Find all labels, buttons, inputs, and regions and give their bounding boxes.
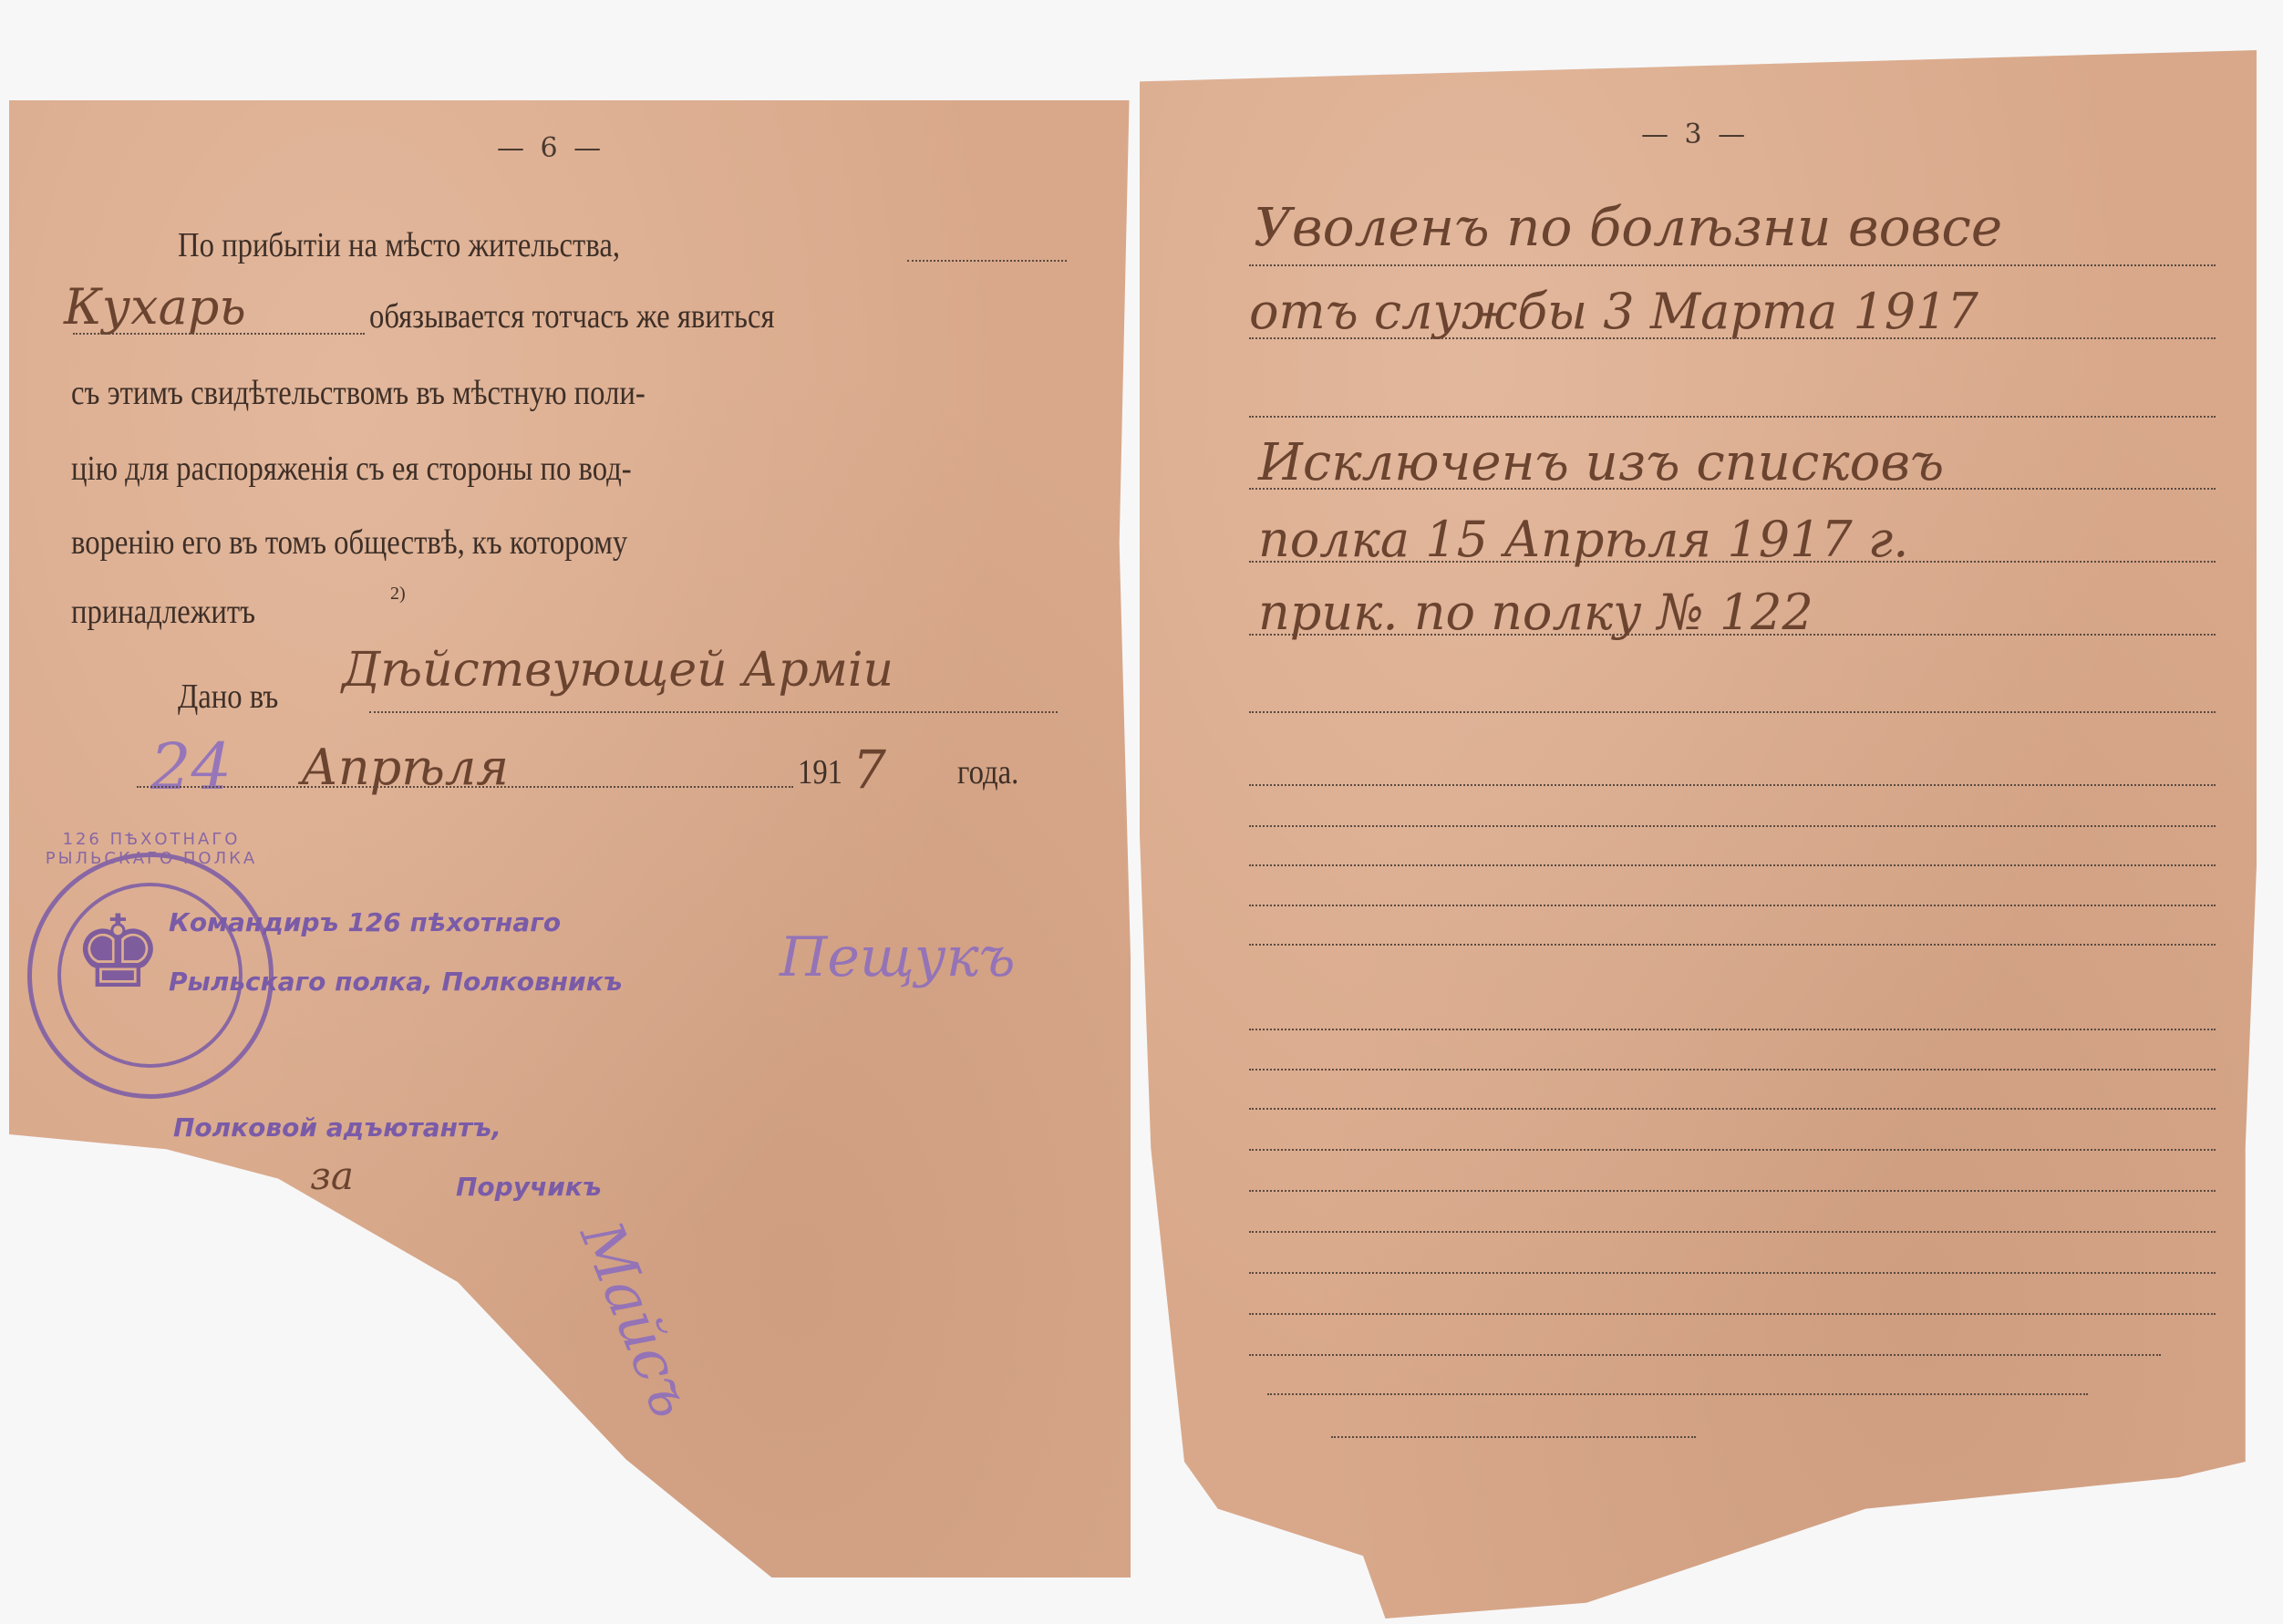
year-label: года. bbox=[957, 755, 1018, 790]
right-page-number: — 3 — bbox=[1641, 119, 1749, 150]
handwritten-line-4: полка 15 Апрѣля 1917 г. bbox=[1258, 511, 1908, 568]
double-headed-eagle-icon: ♚ bbox=[73, 894, 163, 1010]
year-prefix: 191 bbox=[798, 755, 842, 790]
given-at-line bbox=[369, 711, 1058, 713]
handwritten-line-1: Уволенъ по болѣзни вовсе bbox=[1254, 196, 2002, 258]
ruled-line bbox=[1249, 784, 2216, 786]
ruled-line bbox=[1249, 1272, 2216, 1274]
ruled-line bbox=[1249, 264, 2216, 266]
seal-ring-text: 126 ПѢХОТНАГО РЫЛЬСКАГО ПОЛКА bbox=[19, 830, 284, 868]
stamp-line-adjutant: Полковой адъютантъ, bbox=[173, 1112, 501, 1143]
handwritten-line-2: отъ службы 3 Марта 1917 bbox=[1249, 283, 1978, 340]
year-suffix: 7 bbox=[852, 739, 886, 801]
printed-line-6: принадлежитъ bbox=[71, 595, 255, 629]
ruled-line bbox=[1249, 416, 2216, 418]
printed-line-4: цію для распоряженія съ ея стороны по во… bbox=[71, 451, 632, 486]
printed-line-1: По прибытіи на мѣсто жительства, bbox=[178, 228, 620, 263]
date-day: 24 bbox=[150, 729, 232, 804]
handwritten-line-3: Исключенъ изъ списковъ bbox=[1258, 433, 1944, 492]
ruled-line bbox=[1249, 825, 2216, 827]
blank-line bbox=[907, 260, 1067, 262]
ruled-line bbox=[1249, 1190, 2216, 1192]
given-at-value: Дѣйствующей Арміи bbox=[342, 643, 894, 698]
ruled-line bbox=[1249, 1354, 2161, 1356]
ruled-line bbox=[1249, 1231, 2216, 1233]
stamp-line-commander: Командиръ 126 пѣхотнаго bbox=[169, 907, 561, 937]
ruled-line bbox=[1249, 1029, 2216, 1030]
ruled-line bbox=[1249, 1313, 2216, 1315]
handwritten-line-5: прик. по полку № 122 bbox=[1258, 584, 1813, 641]
printed-line-5: воренію его въ томъ обществѣ, къ котором… bbox=[71, 525, 627, 560]
printed-line-3: съ этимъ свидѣтельствомъ въ мѣстную поли… bbox=[71, 376, 646, 410]
ruled-line bbox=[1249, 864, 2216, 866]
stamp-line-colonel: Рыльскаго полка, Полковникъ bbox=[169, 967, 623, 997]
surname-line bbox=[73, 333, 365, 335]
ruled-line bbox=[1249, 711, 2216, 713]
date-line bbox=[137, 786, 793, 788]
footnote-mark: 2) bbox=[390, 584, 406, 605]
printed-line-2: обязывается тотчасъ же явиться bbox=[369, 299, 774, 334]
ruled-line bbox=[1249, 944, 2216, 946]
adjutant-initials: за bbox=[310, 1153, 354, 1198]
ruled-line bbox=[1249, 905, 2216, 906]
ruled-line bbox=[1249, 1108, 2216, 1110]
commander-signature: Пещукъ bbox=[780, 926, 1016, 989]
ruled-line bbox=[1249, 1149, 2216, 1151]
handwritten-surname: Кухарь bbox=[64, 278, 246, 336]
given-at-label: Дано въ bbox=[178, 679, 278, 714]
left-page-number: — 6 — bbox=[497, 132, 604, 164]
stamp-line-lieutenant: Поручикъ bbox=[456, 1172, 602, 1202]
ruled-line bbox=[1331, 1436, 1696, 1438]
ruled-line bbox=[1267, 1393, 2088, 1395]
ruled-line bbox=[1249, 1069, 2216, 1071]
